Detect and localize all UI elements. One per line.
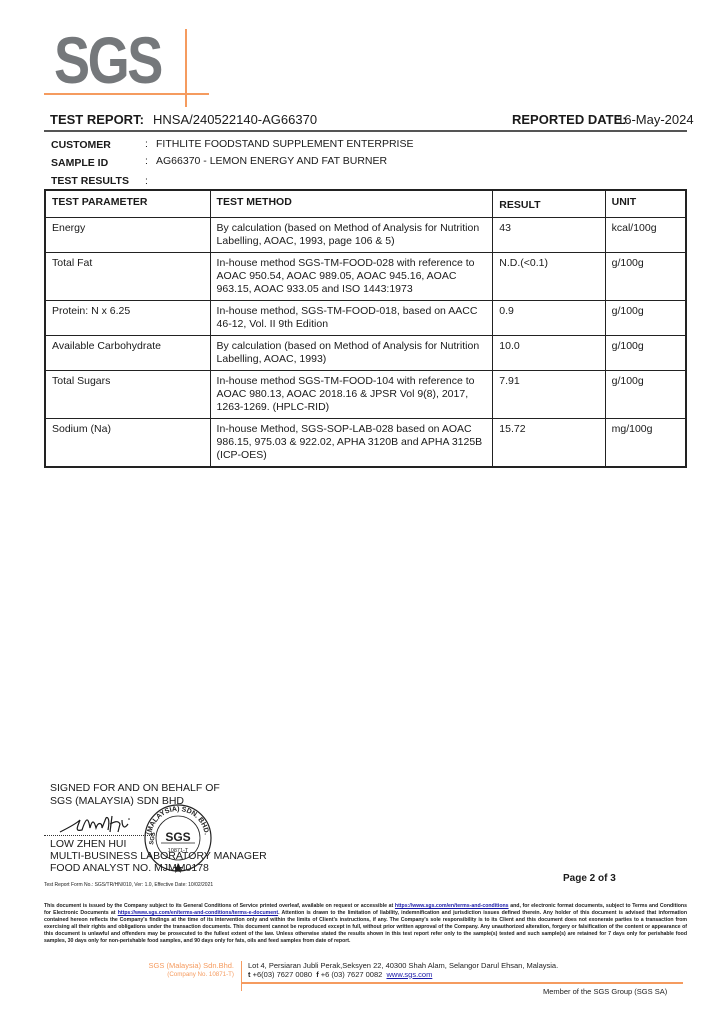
result-cell: 0.9 [493,301,605,336]
parameter-cell: Total Sugars [45,371,210,419]
e-document-terms-link[interactable]: https://www.sgs.com/en/terms-and-conditi… [118,910,278,916]
method-cell: By calculation (based on Method of Analy… [210,218,493,253]
table-header-row: TEST PARAMETER TEST METHOD RESULT UNIT [45,190,686,218]
result-cell: 43 [493,218,605,253]
signed-for-line: SIGNED FOR AND ON BEHALF OF [50,782,220,795]
result-cell: 15.72 [493,419,605,468]
result-cell: N.D.(<0.1) [493,253,605,301]
header-test-parameter: TEST PARAMETER [45,190,210,218]
logo-text: SGS [54,21,161,99]
test-results-label: TEST RESULTS [51,175,129,187]
test-results-colon: : [145,175,148,187]
method-cell: In-house method, SGS-TM-FOOD-018, based … [210,301,493,336]
table-row: Energy By calculation (based on Method o… [45,218,686,253]
table-row: Sodium (Na) In-house Method, SGS-SOP-LAB… [45,419,686,468]
result-cell: 10.0 [493,336,605,371]
website-link[interactable]: www.sgs.com [386,970,432,979]
fax-number: +6 (03) 7627 0082 [321,970,383,979]
legal-disclaimer: This document is issued by the Company s… [44,903,687,946]
phone-number: +6(03) 7627 0080 [253,970,312,979]
unit-cell: g/100g [605,301,686,336]
unit-cell: g/100g [605,336,686,371]
unit-cell: g/100g [605,253,686,301]
method-cell: In-house method SGS-TM-FOOD-104 with ref… [210,371,493,419]
header-divider [44,130,687,132]
result-cell: 7.91 [493,371,605,419]
parameter-cell: Available Carbohydrate [45,336,210,371]
fax-prefix: f [316,970,319,979]
analyst-number: FOOD ANALYST NO. MJMM0178 [50,862,209,875]
unit-cell: mg/100g [605,419,686,468]
footer-company-name: SGS (Malaysia) Sdn.Bhd. [130,962,234,971]
header-unit: UNIT [605,190,686,218]
method-cell: By calculation (based on Method of Analy… [210,336,493,371]
footer-contacts: t +6(03) 7627 0080 f +6 (03) 7627 0082 w… [248,971,558,980]
method-cell: In-house method SGS-TM-FOOD-028 with ref… [210,253,493,301]
header-result: RESULT [493,190,605,218]
sgs-logo: SGS [44,29,214,107]
report-number: HNSA/240522140-AG66370 [153,112,317,127]
footer-company: SGS (Malaysia) Sdn.Bhd. (Company No. 108… [130,962,234,979]
table-row: Total Fat In-house method SGS-TM-FOOD-02… [45,253,686,301]
form-number: Test Report Form No.: SGS/TR/HN/010, Ver… [44,882,213,888]
customer-value: FITHLITE FOODSTAND SUPPLEMENT ENTERPRISE [156,138,413,150]
reported-date-value: 16-May-2024 [617,112,694,127]
footer-address-block: Lot 4, Persiaran Jubli Perak,Seksyen 22,… [248,962,558,979]
parameter-cell: Sodium (Na) [45,419,210,468]
sample-id-label: SAMPLE ID [51,157,108,169]
phone-prefix: t [248,970,251,979]
results-table: TEST PARAMETER TEST METHOD RESULT UNIT E… [44,189,687,468]
report-label: TEST REPORT: [50,112,144,127]
footer-company-number: (Company No. 10871-T) [130,971,234,980]
table-row: Available Carbohydrate By calculation (b… [45,336,686,371]
signature-line [44,835,152,836]
page-number: Page 2 of 3 [563,873,616,884]
customer-label: CUSTOMER [51,139,111,151]
svg-text:SGS: SGS [165,830,190,844]
sample-id-colon: : [145,155,148,167]
footer-vertical-divider [241,961,242,991]
reported-date-label: REPORTED DATE: [512,112,627,127]
sample-id-value: AG66370 - LEMON ENERGY AND FAT BURNER [156,155,387,167]
header-test-method: TEST METHOD [210,190,493,218]
logo-vertical-line [185,29,187,107]
member-statement: Member of the SGS Group (SGS SA) [543,987,667,996]
disclaimer-text: This document is issued by the Company s… [44,903,395,909]
table-row: Protein: N x 6.25 In-house method, SGS-T… [45,301,686,336]
parameter-cell: Total Fat [45,253,210,301]
customer-colon: : [145,138,148,150]
table-row: Total Sugars In-house method SGS-TM-FOOD… [45,371,686,419]
parameter-cell: Energy [45,218,210,253]
footer-horizontal-divider [241,982,683,984]
unit-cell: g/100g [605,371,686,419]
unit-cell: kcal/100g [605,218,686,253]
method-cell: In-house Method, SGS-SOP-LAB-028 based o… [210,419,493,468]
parameter-cell: Protein: N x 6.25 [45,301,210,336]
svg-text:SGS: SGS [149,832,157,846]
terms-link[interactable]: https://www.sgs.com/en/terms-and-conditi… [395,903,509,909]
